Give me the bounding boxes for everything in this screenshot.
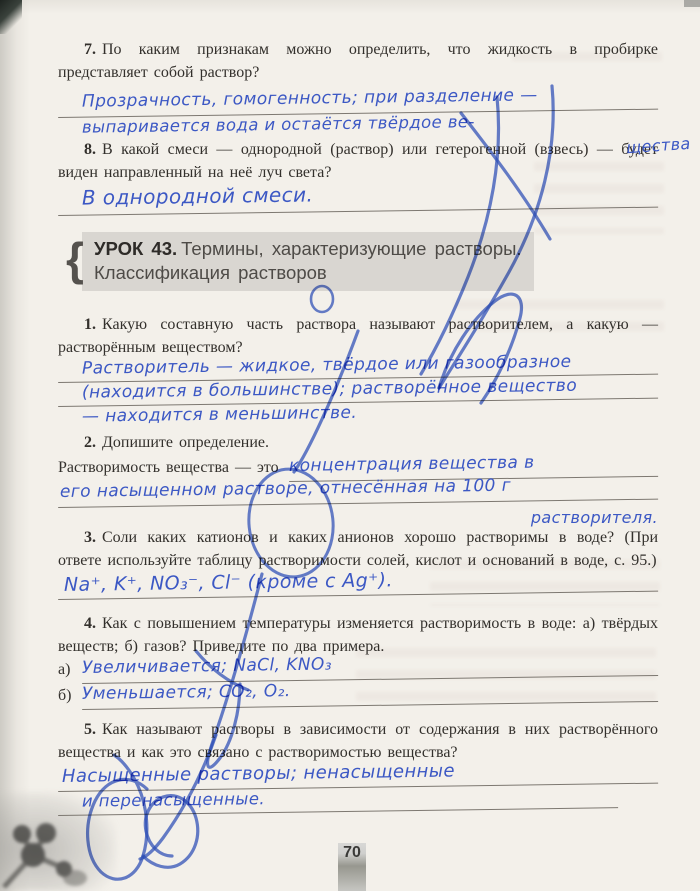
q4-item-a-label: а) — [58, 658, 82, 684]
lesson-title-line-2: Классификация растворов — [94, 261, 524, 285]
question-1-text: Какую составную часть раствора называют … — [58, 316, 658, 356]
question-8: 8.В какой смеси — однородной (раствор) и… — [58, 138, 658, 184]
question-4-text: Как с повышением температуры изменяется … — [58, 615, 658, 655]
question-2-text: Допишите определение. — [102, 434, 269, 451]
question-5: 5.Как называют растворы в зависимости от… — [58, 718, 658, 764]
page-number-badge: 70 — [338, 843, 366, 891]
question-3: 3.Соли каких катионов и каких анионов хо… — [58, 526, 658, 572]
q2-answer-line-3: растворителя. — [58, 508, 658, 524]
page-content: 7.По каким признакам можно определить, ч… — [0, 0, 700, 891]
q2-definition-prefix: Растворимость вещества — это — [58, 456, 279, 482]
workbook-page: 7.По каким признакам можно определить, ч… — [0, 0, 700, 891]
lesson-title-part-1: Термины, характеризующие растворы. — [181, 238, 521, 259]
lesson-bracket: { — [66, 229, 84, 289]
question-2: 2.Допишите определение. — [58, 431, 658, 454]
lesson-number: УРОК 43. — [94, 238, 177, 259]
question-7-number: 7. — [84, 41, 96, 58]
page-number: 70 — [343, 844, 361, 861]
question-8-text: В какой смеси — однородной (раствор) или… — [58, 141, 658, 181]
question-5-text: Как называют растворы в зависимости от с… — [58, 721, 658, 761]
question-5-number: 5. — [84, 721, 96, 738]
question-7: 7.По каким признакам можно определить, ч… — [58, 38, 658, 84]
lesson-header: { УРОК 43.Термины, характеризующие раств… — [82, 232, 534, 291]
q4-answer-row-b: б) Уменьшается; CO₂, O₂. — [58, 684, 658, 710]
question-3-number: 3. — [84, 529, 96, 546]
question-8-number: 8. — [84, 141, 96, 158]
question-2-number: 2. — [84, 434, 96, 451]
question-7-text: По каким признакам можно определить, что… — [58, 41, 658, 81]
lesson-title-line-1: УРОК 43.Термины, характеризующие раствор… — [94, 237, 524, 261]
question-1-number: 1. — [84, 316, 96, 333]
q4-item-b-label: б) — [58, 684, 82, 710]
question-4-number: 4. — [84, 615, 96, 632]
question-3-text: Соли каких катионов и каких анионов хоро… — [58, 529, 658, 569]
